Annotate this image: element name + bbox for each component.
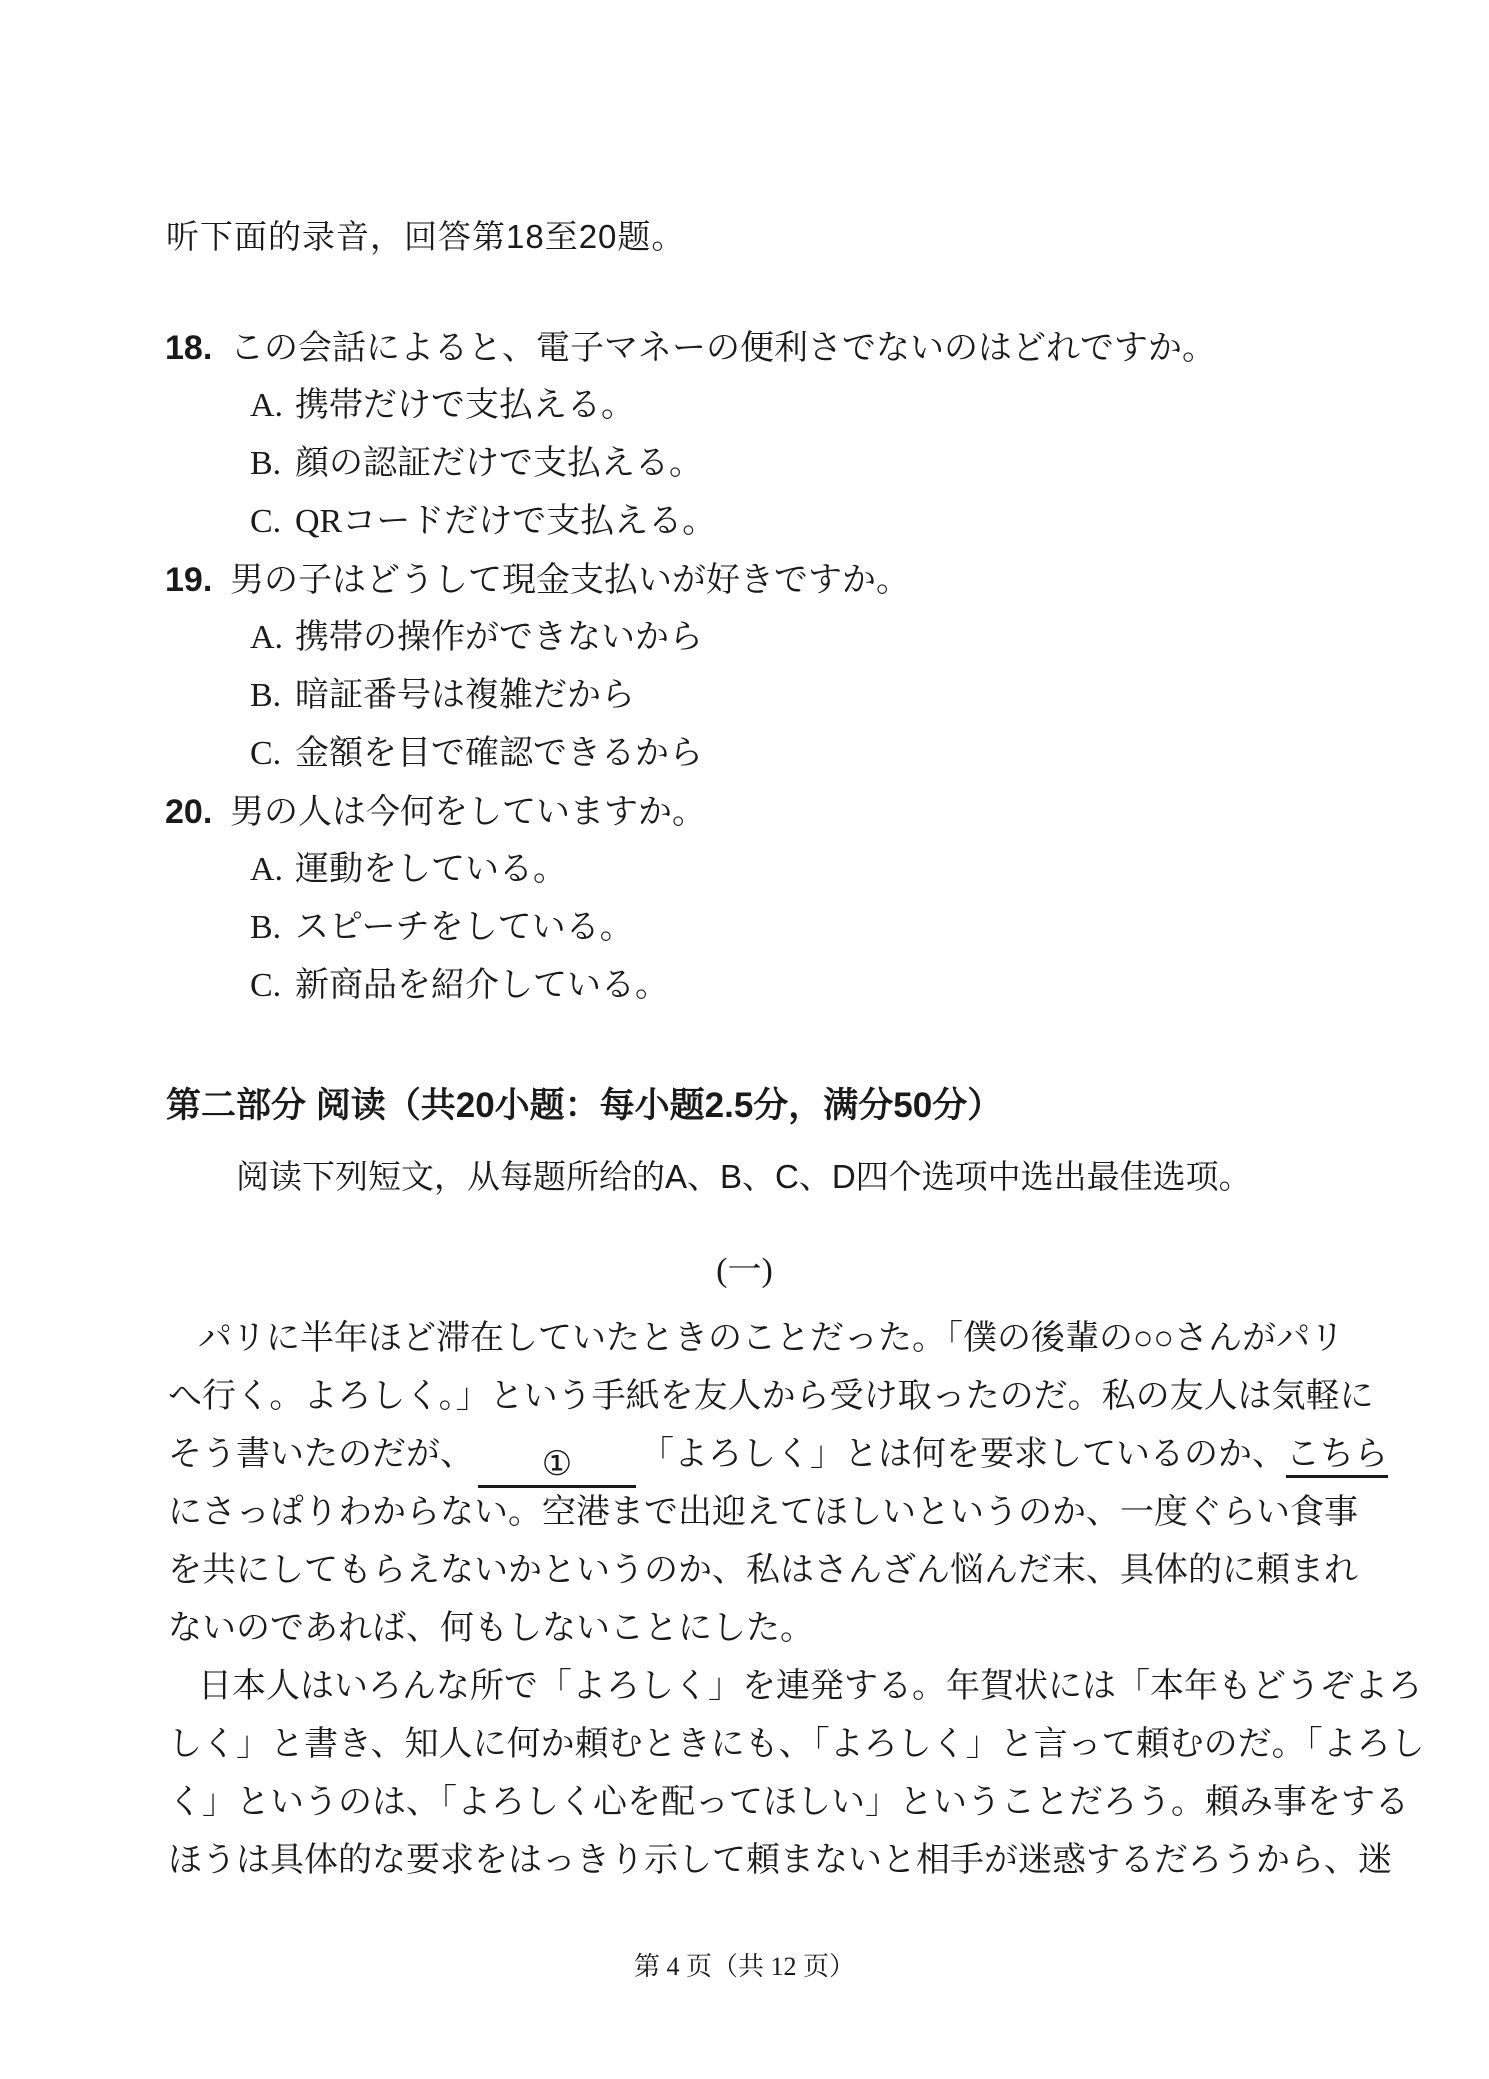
option-label: B. [250, 910, 295, 946]
option-text: 金額を目で確認できるから [295, 735, 703, 772]
option-label: C. [250, 736, 295, 772]
question-18: 18.この会話によると、電子マネーの便利さでないのはどれですか。 [0, 330, 1489, 366]
reading-section-title: 第二部分 阅读（共20小题：每小题2.5分，满分50分） [166, 1086, 1002, 1126]
question-block: 18.この会話によると、電子マネーの便利さでないのはどれですか。 A.携帯だけで… [0, 330, 1489, 1026]
question-number: 18. [165, 330, 230, 366]
question-20-option-b: B.スピーチをしている。 [0, 910, 1489, 946]
option-label: A. [250, 852, 295, 888]
question-text: 男の人は今何をしていますか。 [230, 794, 706, 831]
fill-in-blank-1: ① [478, 1441, 636, 1488]
passage-line: を共にしてもらえないかというのか、私はさんざん悩んだ末、具体的に頼まれ [168, 1542, 1408, 1600]
reading-instruction: 阅读下列短文，从每题所给的A、B、C、D四个选项中选出最佳选项。 [236, 1158, 1252, 1196]
passage-line: ないのであれば、何もしないことにした。 [168, 1600, 1408, 1658]
option-text: 携帯の操作ができないから [295, 619, 703, 656]
passage-segment: そう書いたのだが、 [168, 1436, 474, 1473]
option-text: 運動をしている。 [295, 851, 567, 888]
question-text: この会話によると、電子マネーの便利さでないのはどれですか。 [230, 330, 1216, 367]
passage-segment: 「よろしく」とは何を要求しているのか、 [640, 1436, 1286, 1473]
passage-line-with-blank: そう書いたのだが、①「よろしく」とは何を要求しているのか、こちら [168, 1426, 1408, 1484]
reading-passage: パリに半年ほど滞在していたときのことだった。「僕の後輩の○○さんがパリ へ行く。… [168, 1310, 1408, 1890]
question-20-option-a: A.運動をしている。 [0, 852, 1489, 888]
passage-line: く」というのは、「よろしく心を配ってほしい」ということだろう。頼み事をする [168, 1774, 1408, 1832]
option-text: 顔の認証だけで支払える。 [295, 445, 703, 482]
option-text: 携帯だけで支払える。 [295, 387, 635, 424]
question-19-option-b: B.暗証番号は複雑だから [0, 678, 1489, 714]
underlined-word: こちら [1286, 1436, 1388, 1478]
passage-title: (一) [0, 1252, 1489, 1290]
question-19: 19.男の子はどうして現金支払いが好きですか。 [0, 562, 1489, 598]
question-number: 19. [165, 562, 230, 598]
option-text: スピーチをしている。 [295, 909, 634, 946]
question-20: 20.男の人は今何をしていますか。 [0, 794, 1489, 830]
passage-line: へ行く。よろしく。」という手紙を友人から受け取ったのだ。私の友人は気軽に [168, 1368, 1408, 1426]
option-text: 新商品を紹介している。 [295, 967, 669, 1004]
listening-instruction: 听下面的录音，回答第18至20题。 [166, 218, 685, 256]
option-label: C. [250, 968, 295, 1004]
question-number: 20. [165, 794, 230, 830]
question-19-option-c: C.金額を目で確認できるから [0, 736, 1489, 772]
question-18-option-a: A.携帯だけで支払える。 [0, 388, 1489, 424]
option-label: A. [250, 388, 295, 424]
passage-line: 日本人はいろんな所で「よろしく」を連発する。年賀状には「本年もどうぞよろ [168, 1658, 1408, 1716]
passage-line: しく」と書き、知人に何か頼むときにも、「よろしく」と言って頼むのだ。「よろし [168, 1716, 1408, 1774]
question-text: 男の子はどうして現金支払いが好きですか。 [230, 562, 910, 599]
page-footer: 第 4 页（共 12 页） [0, 1952, 1489, 1982]
option-label: A. [250, 620, 295, 656]
passage-line: にさっぱりわからない。空港まで出迎えてほしいというのか、一度ぐらい食事 [168, 1484, 1408, 1542]
option-text: QRコードだけで支払える。 [295, 503, 716, 540]
circled-number-1: ① [542, 1446, 572, 1483]
passage-line: パリに半年ほど滞在していたときのことだった。「僕の後輩の○○さんがパリ [168, 1310, 1408, 1368]
passage-line: ほうは具体的な要求をはっきり示して頼まないと相手が迷惑するだろうから、迷 [168, 1832, 1408, 1890]
option-label: B. [250, 446, 295, 482]
option-label: C. [250, 504, 295, 540]
question-19-option-a: A.携帯の操作ができないから [0, 620, 1489, 656]
option-text: 暗証番号は複雑だから [295, 677, 635, 714]
exam-page: 听下面的录音，回答第18至20题。 18.この会話によると、電子マネーの便利さで… [0, 0, 1489, 2079]
option-label: B. [250, 678, 295, 714]
question-20-option-c: C.新商品を紹介している。 [0, 968, 1489, 1004]
question-18-option-c: C.QRコードだけで支払える。 [0, 504, 1489, 540]
question-18-option-b: B.顔の認証だけで支払える。 [0, 446, 1489, 482]
